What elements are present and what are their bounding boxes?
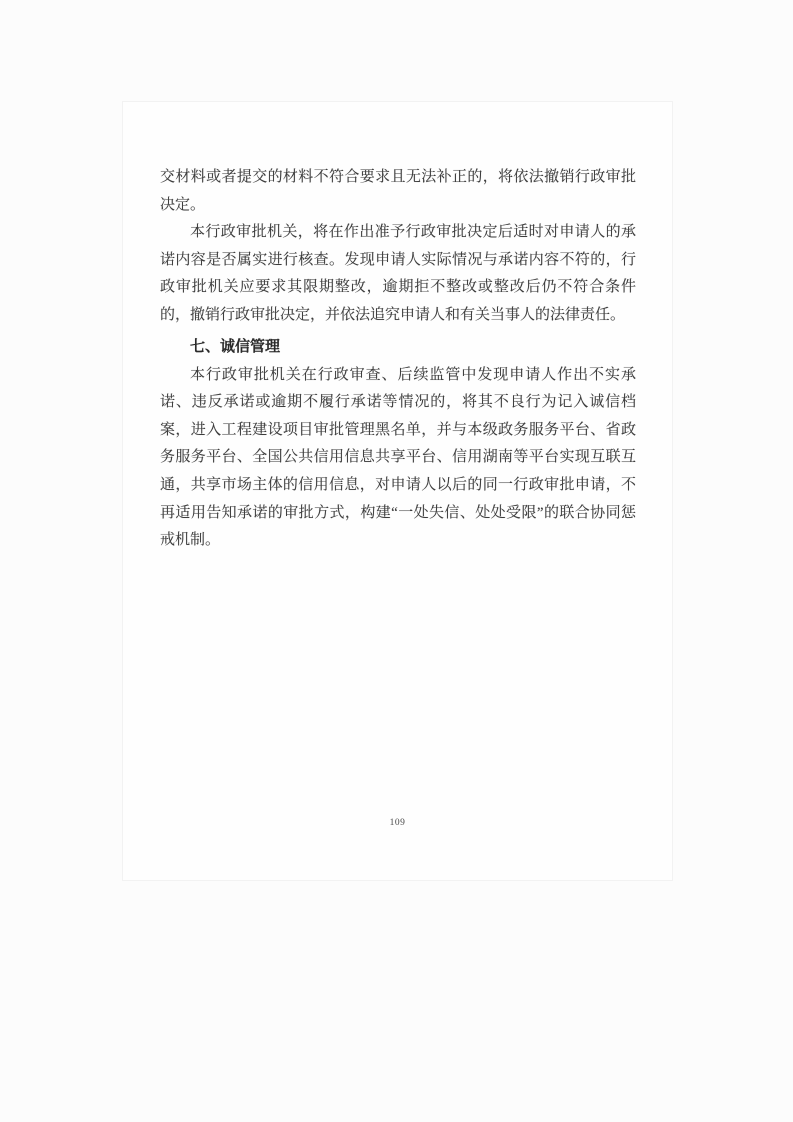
section-heading-credit-management: 七、诚信管理 [160, 332, 636, 362]
document-content: 交材料或者提交的材料不符合要求且无法补正的，将依法撤销行政审批决定。 本行政审批… [160, 164, 636, 555]
paragraph-credit-management: 本行政审批机关在行政审查、后续监管中发现申请人作出不实承诺、违反承诺或逾期不履行… [160, 362, 636, 555]
screenshot-canvas: 交材料或者提交的材料不符合要求且无法补正的，将依法撤销行政审批决定。 本行政审批… [0, 0, 793, 1122]
document-page: 交材料或者提交的材料不符合要求且无法补正的，将依法撤销行政审批决定。 本行政审批… [122, 101, 673, 881]
page-number: 109 [123, 818, 672, 828]
paragraph-continuation: 交材料或者提交的材料不符合要求且无法补正的，将依法撤销行政审批决定。 [160, 164, 636, 219]
paragraph-verification: 本行政审批机关，将在作出准予行政审批决定后适时对申请人的承诺内容是否属实进行核查… [160, 219, 636, 329]
